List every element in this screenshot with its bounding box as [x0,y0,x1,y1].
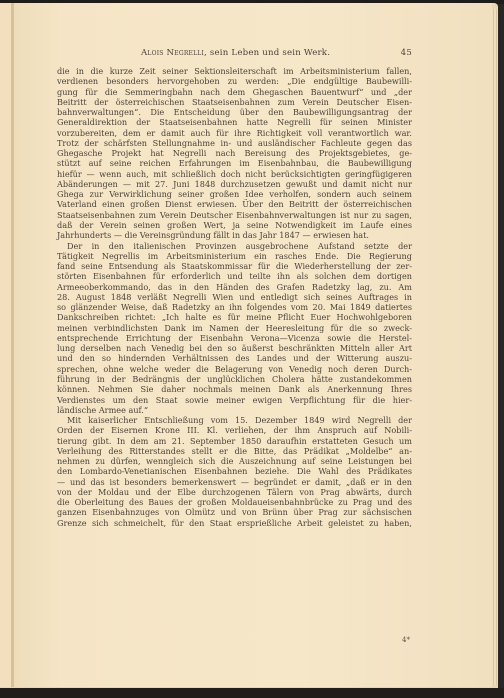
text-line: tierung gibt. In dem am 21. September 18… [57,436,412,446]
text-line: führung in der Bedrängnis der unglücklic… [57,374,412,384]
text-line: fand seine Entsendung als Staatskommissa… [57,261,412,271]
text-line: Jahrhunderts — die Vereinsgründung fällt… [57,230,412,240]
signature-mark: 4* [402,636,410,644]
text-line: Ghega zur Verwirklichung seiner großen I… [57,189,412,199]
text-line: und den so hindernden Verhältnissen des … [57,353,412,363]
text-line: 28. August 1848 verläßt Negrelli Wien un… [57,292,412,302]
text-line: gung für die Semmeringbahn nach dem Gheg… [57,87,412,97]
scan-bottom-edge [0,688,504,698]
text-line: Dankschreiben richtet: „Ich halte es für… [57,312,412,322]
text-line: — und das ist besonders bemerkenswert — … [57,477,412,487]
text-line: Vaterland einen großen Dienst erwiesen. … [57,199,412,209]
text-line: hiefür — wenn auch, mit schließlich doch… [57,169,412,179]
book-gutter [11,3,14,687]
body-text: die in die kurze Zeit seiner Sektionslei… [57,66,412,528]
text-line: entsprechende Errichtung der Eisenbahn V… [57,333,412,343]
text-line: Grenze sich schmeichelt, für den Staat e… [57,518,412,528]
text-line: Orden der Eisernen Krone III. Kl. verlie… [57,425,412,435]
text-line: stützt auf seine reichen Erfahrungen im … [57,158,412,168]
text-line: Verleihung des Ritterstandes stellt er d… [57,446,412,456]
text-line: Abänderungen — mit 27. Juni 1848 durchzu… [57,179,412,189]
text-line: vorzubereiten, dem er damit auch für ihr… [57,128,412,138]
text-line: Tätigkeit Negrellis im Arbeitsministeriu… [57,251,412,261]
text-line: Der in den italienischen Provinzen ausge… [57,241,412,251]
text-line: so glänzender Weise, daß Radetzky an ihn… [57,302,412,312]
text-line: verdienen besonders hervorgehoben zu wer… [57,76,412,86]
text-line: sprechen, ohne welche weder die Belageru… [57,364,412,374]
text-line: Staatseisenbahnen zum Verein Deutscher E… [57,210,412,220]
text-line: Beitritt der österreichischen Staatseise… [57,97,412,107]
running-head-title: Alois Negrelli, sein Leben und sein Werk… [141,48,330,58]
text-line: ganzen Eisenbahnzuges von Olmütz und von… [57,507,412,517]
text-line: von der Moldau und der Elbe durchzogenen… [57,487,412,497]
text-line: daß der Verein seinen großen Wert, ja se… [57,220,412,230]
text-line: den Lombardo-Venetianischen Eisenbahnen … [57,466,412,476]
text-line: Trotz der schärfsten Stellungnahme in- u… [57,138,412,148]
text-line: Ghegasche Projekt hat Negrelli nach Bere… [57,148,412,158]
text-line: nehmen zu dürfen, wenngleich sich die Au… [57,456,412,466]
text-line: störten Eisenbahnen für erforderlich und… [57,271,412,281]
text-line: Armeeoberkommando, das in den Händen des… [57,282,412,292]
text-line: die Oberleitung des Baues der großen Mol… [57,497,412,507]
text-line: Verdienstes um den Staat sowie meiner ew… [57,395,412,405]
facing-page-edge [0,3,11,687]
text-line: können. Nehmen Sie daher nochmals meinen… [57,384,412,394]
text-line: bahnverwaltungen“. Die Entscheidung über… [57,107,412,117]
text-line: meinen verbindlichsten Dank im Namen der… [57,323,412,333]
text-line: Generaldirektion der Staatseisenbahnen h… [57,117,412,127]
text-line: die in die kurze Zeit seiner Sektionslei… [57,66,412,76]
text-line: Mit kaiserlicher Entschließung vom 15. D… [57,415,412,425]
running-head: Alois Negrelli, sein Leben und sein Werk… [57,48,412,62]
text-line: ländische Armee auf.“ [57,405,412,415]
text-line: lung derselben nach Venedig bei den so ä… [57,343,412,353]
page-number: 45 [401,48,412,58]
